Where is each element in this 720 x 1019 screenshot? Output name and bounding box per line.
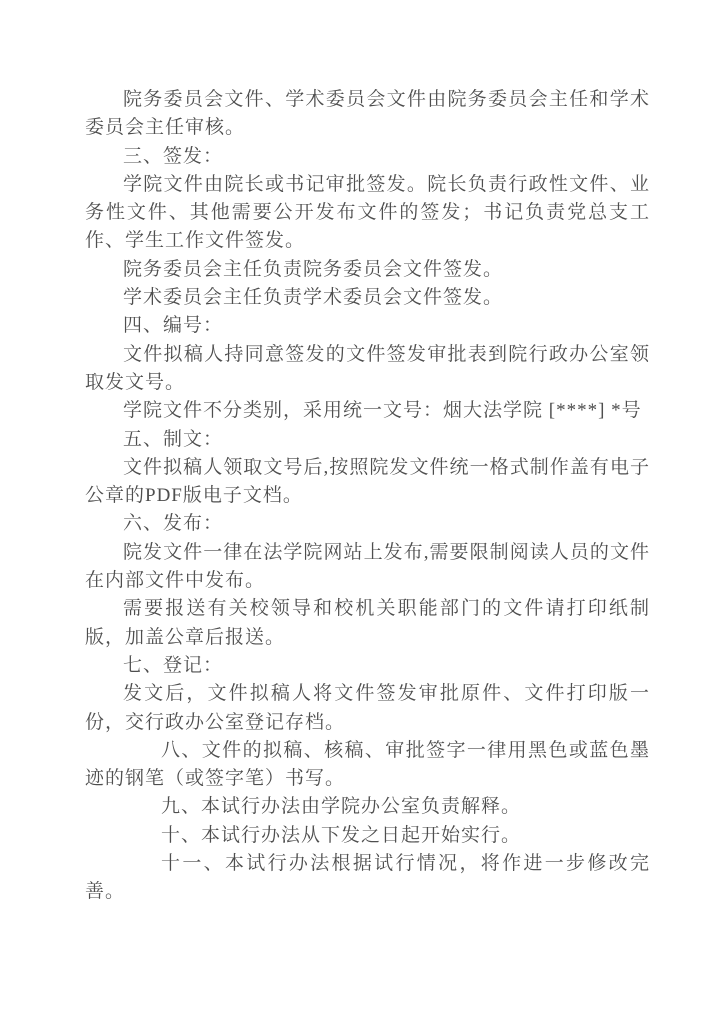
paragraph: 六、发布： — [85, 510, 650, 538]
paragraph: 七、登记： — [85, 652, 650, 680]
paragraph: 院务委员会文件、学术委员会文件由院务委员会主任和学术委员会主任审核。 — [85, 86, 650, 143]
paragraph: 三、签发： — [85, 143, 650, 171]
paragraph: 九、本试行办法由学院办公室负责解释。 — [85, 793, 650, 821]
paragraph: 学院文件不分类别，采用统一文号：烟大法学院 [****] *号 — [85, 397, 650, 425]
paragraph: 院发文件一律在法学院网站上发布,需要限制阅读人员的文件在内部文件中发布。 — [85, 539, 650, 596]
paragraph: 八、文件的拟稿、核稿、审批签字一律用黑色或蓝色墨迹的钢笔（或签字笔）书写。 — [85, 737, 650, 794]
paragraph: 需要报送有关校领导和校机关职能部门的文件请打印纸制版，加盖公章后报送。 — [85, 595, 650, 652]
document-body: 院务委员会文件、学术委员会文件由院务委员会主任和学术委员会主任审核。三、签发：学… — [85, 86, 650, 907]
paragraph: 十、本试行办法从下发之日起开始实行。 — [85, 822, 650, 850]
paragraph: 十一、本试行办法根据试行情况，将作进一步修改完善。 — [85, 850, 650, 907]
document-page: 院务委员会文件、学术委员会文件由院务委员会主任和学术委员会主任审核。三、签发：学… — [0, 0, 720, 1019]
paragraph: 学院文件由院长或书记审批签发。院长负责行政性文件、业务性文件、其他需要公开发布文… — [85, 171, 650, 256]
paragraph: 五、制文： — [85, 426, 650, 454]
paragraph: 院务委员会主任负责院务委员会文件签发。 — [85, 256, 650, 284]
paragraph: 四、编号： — [85, 312, 650, 340]
paragraph: 文件拟稿人领取文号后,按照院发文件统一格式制作盖有电子公章的PDF版电子文档。 — [85, 454, 650, 511]
paragraph: 学术委员会主任负责学术委员会文件签发。 — [85, 284, 650, 312]
paragraph: 发文后，文件拟稿人将文件签发审批原件、文件打印版一份，交行政办公室登记存档。 — [85, 680, 650, 737]
paragraph: 文件拟稿人持同意签发的文件签发审批表到院行政办公室领取发文号。 — [85, 341, 650, 398]
